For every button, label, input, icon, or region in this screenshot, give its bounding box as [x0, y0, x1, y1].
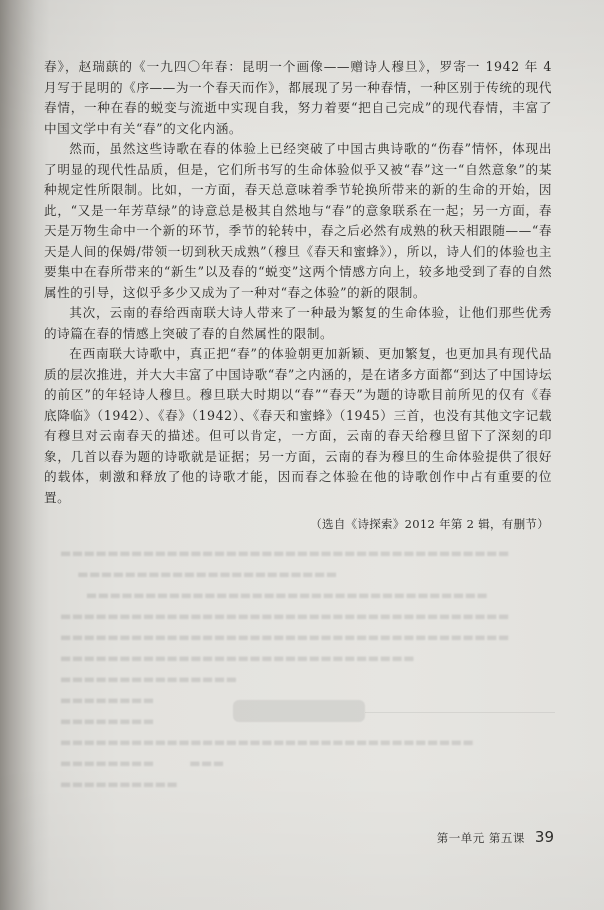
show-through-text: ▬▬▬▬▬▬▬▬▬▬▬▬▬▬▬▬▬▬▬▬▬▬▬▬▬▬▬▬▬▬▬▬▬▬▬▬▬▬ ▬… [60, 543, 560, 795]
paragraph-2: 然而，虽然这些诗歌在春的体验上已经突破了中国古典诗歌的“伤春”情怀，体现出了明显… [44, 139, 552, 303]
show-through-line: ▬▬▬▬▬▬▬▬ ▬▬▬ [60, 753, 560, 774]
page-number: 39 [535, 828, 554, 846]
show-through-line: ▬▬▬▬▬▬▬▬▬▬▬▬▬▬▬▬▬▬▬▬▬▬▬▬▬▬▬▬▬▬▬▬▬▬▬▬▬▬ [60, 606, 560, 627]
source-citation: （选自《诗探索》2012 年第 2 辑，有删节） [310, 516, 549, 532]
show-through-line: ▬▬▬▬▬▬▬▬▬▬▬▬▬▬▬▬▬▬▬▬▬▬▬▬▬▬▬▬▬▬▬▬▬▬▬▬▬▬ [60, 543, 560, 564]
article-body: 春》，赵瑞蕻的《一九四〇年春：昆明一个画像——赠诗人穆旦》，罗寄一 1942 年… [44, 57, 552, 508]
show-through-line: ▬▬▬▬▬▬▬▬▬▬▬▬▬▬▬▬▬▬▬▬▬▬ [60, 564, 560, 585]
paragraph-1: 春》，赵瑞蕻的《一九四〇年春：昆明一个画像——赠诗人穆旦》，罗寄一 1942 年… [44, 57, 552, 139]
show-through-line: ▬▬▬▬▬▬▬▬▬▬▬▬▬▬▬▬▬▬▬▬▬▬▬▬▬▬▬▬▬▬ [60, 648, 560, 669]
show-through-line: ▬▬▬▬▬▬▬▬▬▬▬▬▬▬▬ [60, 669, 560, 690]
show-through-rule [365, 712, 555, 713]
show-through-line: ▬▬▬▬▬▬▬▬▬▬▬▬▬▬▬▬▬▬▬▬▬▬▬▬▬▬▬▬▬▬▬▬▬▬▬▬▬▬ [60, 627, 560, 648]
paragraph-3: 其次，云南的春给西南联大诗人带来了一种最为繁复的生命体验，让他们那些优秀的诗篇在… [44, 303, 552, 344]
show-through-line: ▬▬▬▬▬▬▬▬▬▬▬▬▬▬▬▬▬▬▬▬▬▬▬▬▬▬▬▬▬▬▬▬▬▬▬ [60, 732, 560, 753]
unit-lesson-label: 第一单元 第五课 [437, 830, 525, 846]
show-through-line: ▬▬▬▬▬▬▬▬▬▬▬▬▬▬▬▬▬▬▬▬▬▬▬▬▬▬▬▬▬▬▬▬▬▬ [60, 585, 560, 606]
show-through-line: ▬▬▬▬▬▬▬▬▬▬ [60, 774, 560, 795]
paragraph-4: 在西南联大诗歌中，真正把“春”的体验朝更加新颖、更加繁复，也更加具有现代品质的层… [44, 344, 552, 508]
show-through-heading-box [233, 700, 365, 722]
page-footer: 第一单元 第五课 39 [437, 828, 554, 846]
